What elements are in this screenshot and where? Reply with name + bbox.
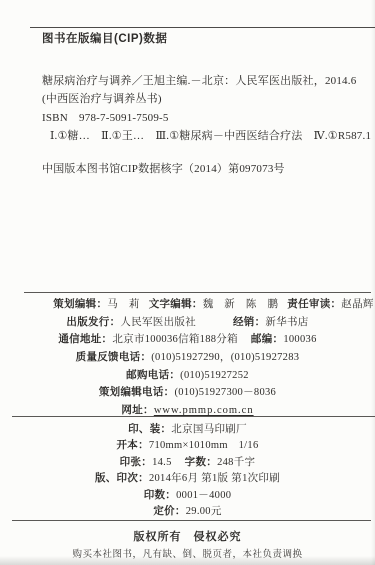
cip-classification-line: Ⅰ.①糖… Ⅱ.①王… Ⅲ.①糖尿病－中西医结合疗法 Ⅳ.①R587.1 — [50, 127, 373, 146]
postcode-label: 邮编： — [251, 331, 283, 346]
divider-footer — [12, 520, 371, 521]
printer-value: 北京国马印刷厂 — [171, 421, 247, 436]
edition-row: 版、印次：2014年6月 第1版 第1次印刷 — [0, 470, 375, 486]
cip-title: 图书在版编目(CIP)数据 — [42, 30, 365, 49]
price-row: 定价：29.00元 — [0, 503, 375, 519]
word-count-value: 248千字 — [217, 454, 255, 469]
website-row: 网址：www.pmmp.com.cn — [0, 402, 375, 420]
sheets-label: 印张： — [120, 454, 152, 469]
price-value: 29.00元 — [186, 503, 222, 518]
publisher-label: 出版发行： — [66, 314, 120, 329]
feedback-phone-label: 质量反馈电话： — [76, 349, 152, 364]
cip-isbn-line: ISBN 978-7-5091-7509-5 — [42, 109, 365, 128]
staff-row: 策划编辑：马 莉文字编辑：魏 新 陈 鹏责任审读：赵晶辉 — [26, 296, 375, 314]
website-label: 网址： — [121, 402, 153, 417]
divider-print-top — [12, 416, 375, 417]
editor-phone-row: 策划编辑电话：(010)51927300－8036 — [0, 384, 375, 402]
printer-label: 印、装： — [128, 421, 171, 436]
price-label: 定价： — [153, 503, 185, 518]
publication-info-block: 策划编辑：马 莉文字编辑：魏 新 陈 鹏责任审读：赵晶辉 出版发行：人民军医出版… — [0, 296, 375, 420]
edition-label: 版、印次： — [95, 470, 149, 485]
format-label: 开本： — [116, 437, 148, 452]
cip-block: 图书在版编目(CIP)数据 糖尿病治疗与调养／王旭主编.－北京：人民军医出版社，… — [42, 30, 365, 178]
website-url: www.pmmp.com.cn — [154, 405, 254, 416]
text-editor-value: 魏 新 陈 鹏 — [203, 296, 279, 311]
feedback-phone-value: (010)51927290，(010)51927283 — [151, 349, 299, 364]
editor-phone-label: 策划编辑电话： — [99, 384, 175, 399]
publisher-value: 人民军医出版社 — [120, 314, 196, 329]
postcode-value: 100036 — [283, 334, 316, 345]
address-row: 通信地址：北京市100036信箱188分箱邮编：100036 — [0, 331, 375, 349]
impression-row: 印数：0001－4000 — [0, 487, 375, 503]
mail-order-phone-row: 邮购电话：(010)51927252 — [0, 367, 375, 385]
address-label: 通信地址： — [58, 331, 112, 346]
text-editor-label: 文字编辑： — [149, 296, 203, 311]
copyright-notice: 版权所有 侵权必究 — [0, 528, 375, 544]
divider-cip-bottom — [24, 292, 371, 293]
planning-editor-label: 策划编辑： — [53, 296, 107, 311]
reviewer-value: 赵晶辉 — [341, 296, 373, 311]
print-info-block: 印、装：北京国马印刷厂 开本：710mm×1010mm 1/16 印张：14.5… — [0, 421, 375, 519]
publisher-row: 出版发行：人民军医出版社经销：新华书店 — [0, 314, 375, 332]
editor-phone-value: (010)51927300－8036 — [174, 384, 276, 399]
book-copyright-page: 图书在版编目(CIP)数据 糖尿病治疗与调养／王旭主编.－北京：人民军医出版社，… — [0, 0, 375, 565]
scan-shadow-bottom — [0, 556, 375, 565]
feedback-phone-row: 质量反馈电话：(010)51927290，(010)51927283 — [0, 349, 375, 367]
mail-order-phone-label: 邮购电话： — [126, 367, 180, 382]
mail-order-phone-value: (010)51927252 — [180, 370, 249, 381]
divider-top — [30, 27, 375, 28]
cip-registry-line: 中国版本图书馆CIP数据核字（2014）第097073号 — [42, 160, 365, 179]
format-value: 710mm×1010mm 1/16 — [149, 437, 259, 452]
printer-row: 印、装：北京国马印刷厂 — [0, 421, 375, 437]
distributor-value: 新华书店 — [265, 314, 308, 329]
address-value: 北京市100036信箱188分箱 — [112, 331, 238, 346]
cip-body: 糖尿病治疗与调养／王旭主编.－北京：人民军医出版社，2014.6 (中西医治疗与… — [42, 72, 365, 179]
format-row: 开本：710mm×1010mm 1/16 — [0, 437, 375, 453]
impression-label: 印数： — [144, 487, 176, 502]
planning-editor-value: 马 莉 — [107, 296, 139, 311]
edition-value: 2014年6月 第1版 第1次印刷 — [149, 470, 280, 485]
distributor-label: 经销： — [233, 314, 265, 329]
sheets-row: 印张：14.5字数：248千字 — [0, 454, 375, 470]
scan-shadow-right — [371, 0, 375, 565]
cip-record-line: 糖尿病治疗与调养／王旭主编.－北京：人民军医出版社，2014.6 — [42, 72, 365, 91]
reviewer-label: 责任审读： — [287, 296, 341, 311]
sheets-value: 14.5 — [152, 457, 172, 468]
impression-value: 0001－4000 — [176, 487, 231, 502]
cip-series-line: (中西医治疗与调养丛书) — [42, 90, 365, 109]
word-count-label: 字数： — [185, 454, 217, 469]
